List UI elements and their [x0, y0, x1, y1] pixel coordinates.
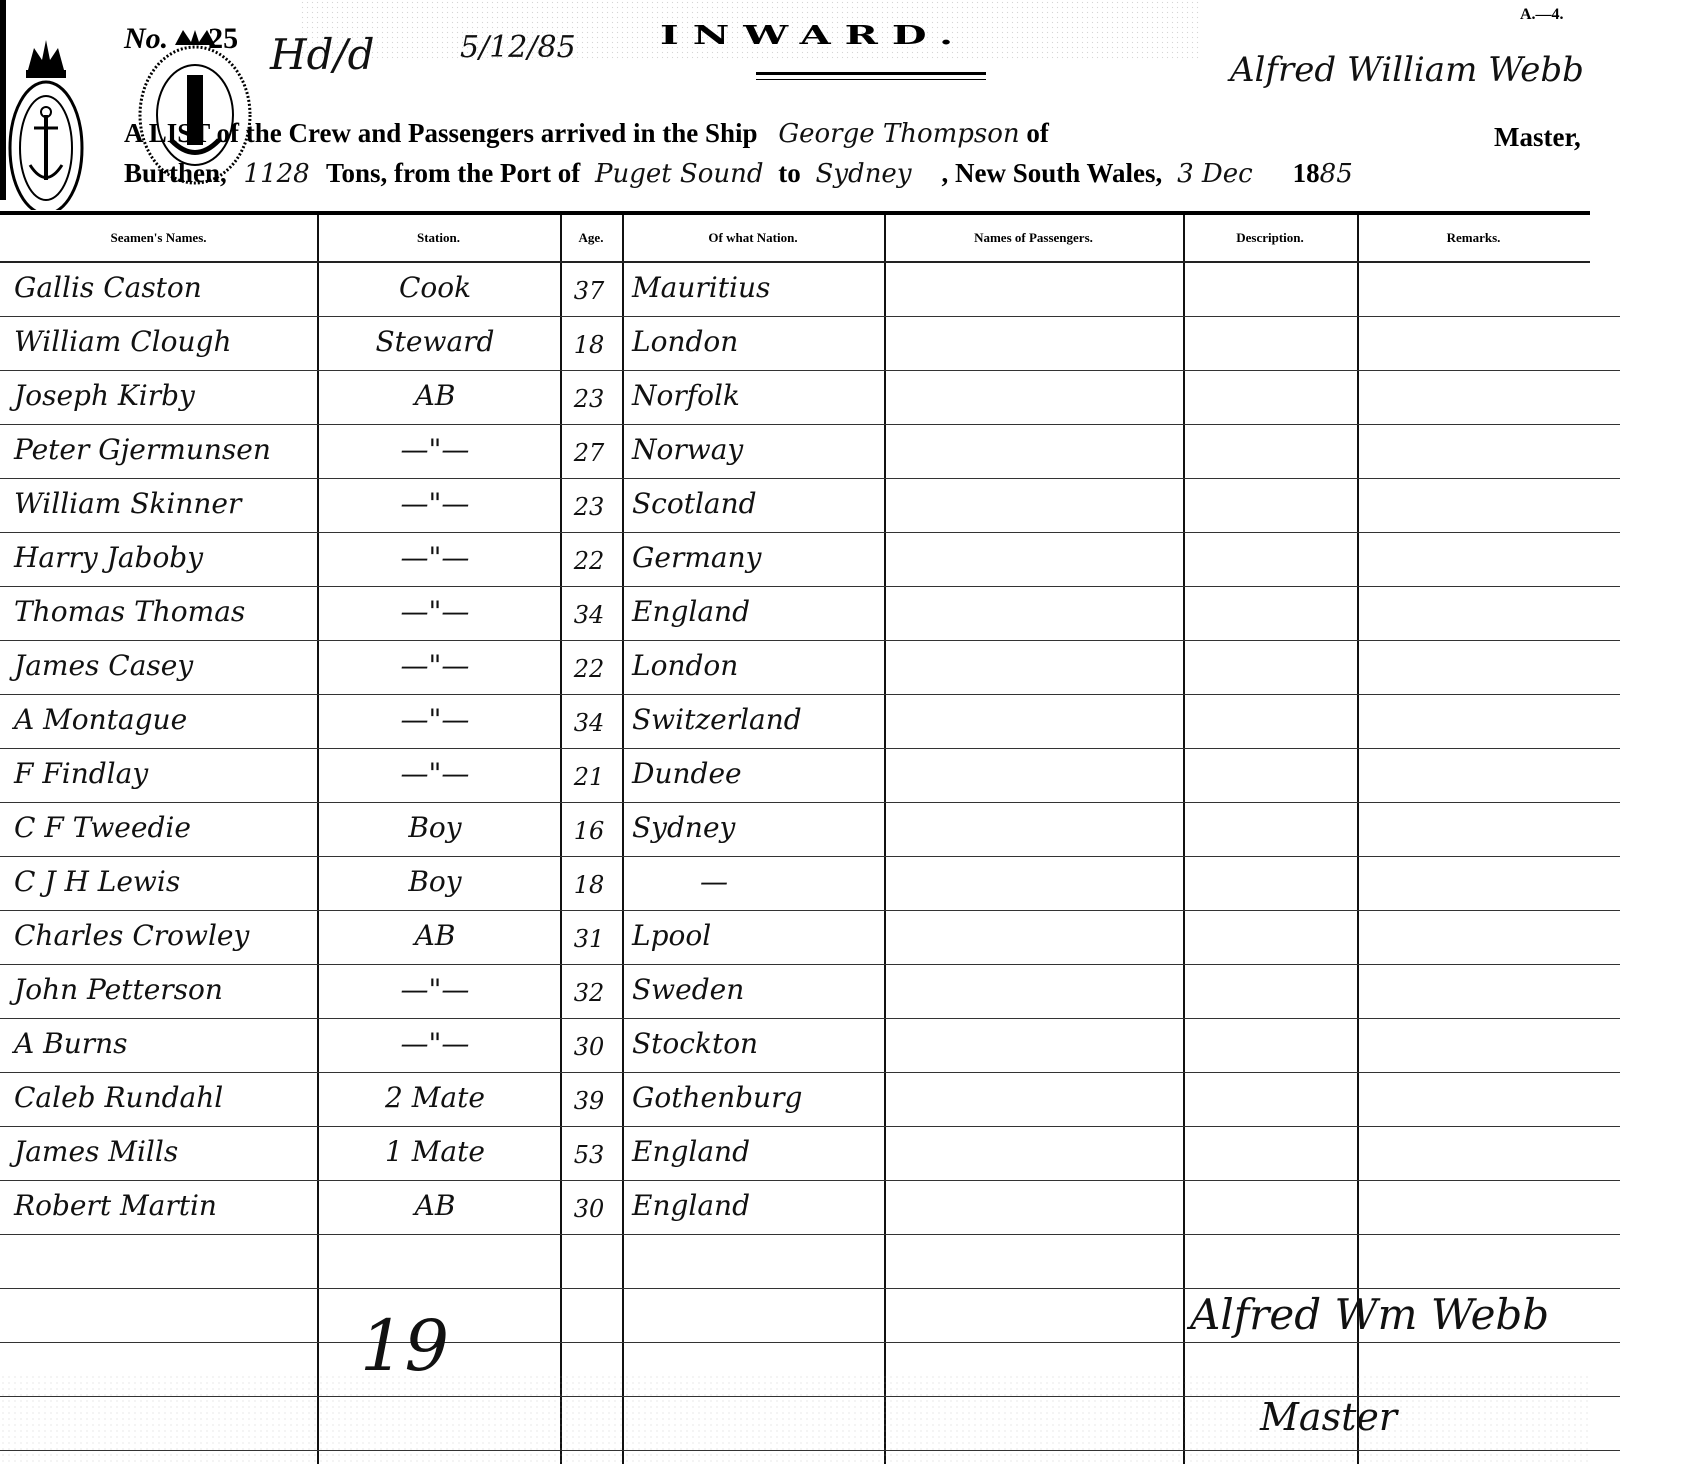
- header-line-ship: A LIST of the Crew and Passengers arrive…: [124, 118, 1049, 149]
- header-passenger-names: Names of Passengers.: [884, 215, 1183, 261]
- table-row-empty: [0, 1235, 1620, 1289]
- nsw-label: , New South Wales,: [942, 158, 1163, 188]
- age: 37: [560, 277, 618, 305]
- to-label: to: [778, 158, 801, 188]
- age: 23: [560, 493, 618, 521]
- table-row: C J H LewisBoy18—: [0, 857, 1620, 911]
- station: —"—: [320, 541, 550, 574]
- nation: Scotland: [632, 487, 757, 520]
- station: —"—: [320, 433, 550, 466]
- table-row: Peter Gjermunsen—"—27Norway: [0, 425, 1620, 479]
- station: —"—: [320, 703, 550, 736]
- table-row: A Montague—"—34Switzerland: [0, 695, 1620, 749]
- age: 21: [560, 763, 618, 791]
- age: 39: [560, 1087, 618, 1115]
- nation: Norfolk: [632, 379, 740, 412]
- station: —"—: [320, 595, 550, 628]
- seaman-name: Charles Crowley: [14, 919, 249, 952]
- station: Steward: [320, 325, 550, 358]
- station: AB: [320, 379, 550, 412]
- station: 2 Mate: [320, 1081, 550, 1114]
- station: —"—: [320, 757, 550, 790]
- seaman-name: Peter Gjermunsen: [14, 433, 271, 466]
- seaman-name: James Casey: [14, 649, 193, 682]
- nation: Sweden: [632, 973, 744, 1006]
- age: 34: [560, 601, 618, 629]
- form-number: No.25: [124, 22, 238, 56]
- seaman-name: Thomas Thomas: [14, 595, 245, 628]
- to-port: Sydney: [816, 159, 912, 189]
- master-name-handwritten: Alfred William Webb: [1230, 50, 1584, 90]
- from-port: Puget Sound: [595, 159, 764, 189]
- age: 22: [560, 547, 618, 575]
- table-row: F Findlay—"—21Dundee: [0, 749, 1620, 803]
- form-code: A.—4.: [1520, 6, 1564, 24]
- age: 16: [560, 817, 618, 845]
- nation: London: [632, 649, 738, 682]
- age: 32: [560, 979, 618, 1007]
- station: —"—: [320, 973, 550, 1006]
- station: —"—: [320, 487, 550, 520]
- of-label: of: [1026, 118, 1049, 148]
- master-label: Master,: [1494, 122, 1581, 153]
- age: 27: [560, 439, 618, 467]
- nation: England: [632, 1135, 750, 1168]
- year-prefix: 18: [1293, 158, 1320, 188]
- seaman-name: Harry Jaboby: [14, 541, 203, 574]
- header-description: Description.: [1183, 215, 1357, 261]
- seaman-name: John Petterson: [14, 973, 223, 1006]
- table-row: Harry Jaboby—"—22Germany: [0, 533, 1620, 587]
- nation: Sydney: [632, 811, 735, 844]
- nation: Norway: [632, 433, 743, 466]
- table-row: Caleb Rundahl2 Mate39Gothenburg: [0, 1073, 1620, 1127]
- station: Cook: [320, 271, 550, 304]
- seaman-name: James Mills: [14, 1135, 178, 1168]
- table-row: James Casey—"—22London: [0, 641, 1620, 695]
- seaman-name: C F Tweedie: [14, 811, 191, 844]
- age: 53: [560, 1141, 618, 1169]
- table-row: John Petterson—"—32Sweden: [0, 965, 1620, 1019]
- header-age: Age.: [560, 215, 622, 261]
- header-seamens-names: Seamen's Names.: [0, 215, 317, 261]
- seaman-name: William Clough: [14, 325, 231, 358]
- seaman-name: C J H Lewis: [14, 865, 180, 898]
- nation: London: [632, 325, 738, 358]
- crew-table: Seamen's Names. Station. Age. Of what Na…: [0, 215, 1590, 1464]
- nation: Germany: [632, 541, 761, 574]
- ship-line-text: A LIST of the Crew and Passengers arrive…: [124, 118, 758, 148]
- ship-name: George Thompson: [778, 119, 1019, 149]
- station: —"—: [320, 649, 550, 682]
- seaman-name: F Findlay: [14, 757, 148, 790]
- seaman-name: A Burns: [14, 1027, 128, 1060]
- age: 30: [560, 1195, 618, 1223]
- nation: —: [700, 865, 728, 898]
- nation: England: [632, 595, 750, 628]
- station: AB: [320, 919, 550, 952]
- nation: Switzerland: [632, 703, 802, 736]
- form-number-value: 25: [208, 22, 238, 55]
- station: 1 Mate: [320, 1135, 550, 1168]
- station: AB: [320, 1189, 550, 1222]
- seaman-name: Joseph Kirby: [14, 379, 195, 412]
- table-row: Charles CrowleyAB31Lpool: [0, 911, 1620, 965]
- nation: Lpool: [632, 919, 711, 952]
- form-number-label: No.: [124, 22, 168, 55]
- seaman-name: William Skinner: [14, 487, 241, 520]
- table-row: Gallis CastonCook37Mauritius: [0, 263, 1620, 317]
- table-row: C F TweedieBoy16Sydney: [0, 803, 1620, 857]
- signature-role: Master: [1260, 1395, 1397, 1439]
- header-remarks: Remarks.: [1357, 215, 1590, 261]
- table-row: William CloughSteward18London: [0, 317, 1620, 371]
- handwritten-reference: Hd/d: [270, 30, 375, 79]
- table-row: James Mills1 Mate53England: [0, 1127, 1620, 1181]
- seaman-name: Robert Martin: [14, 1189, 217, 1222]
- age: 30: [560, 1033, 618, 1061]
- table-row: William Skinner—"—23Scotland: [0, 479, 1620, 533]
- arrival-day: 3 Dec: [1177, 159, 1253, 189]
- handwritten-date: 5/12/85: [460, 30, 576, 65]
- title-underline: [756, 72, 986, 80]
- nation: Gothenburg: [632, 1081, 802, 1114]
- crew-list-document: No.25 Hd/d 5/12/85 INWARD. A.—4. Alfred …: [0, 0, 1696, 1464]
- nation: Stockton: [632, 1027, 758, 1060]
- age: 18: [560, 331, 618, 359]
- document-title: INWARD.: [660, 20, 967, 51]
- age: 23: [560, 385, 618, 413]
- table-row: Thomas Thomas—"—34England: [0, 587, 1620, 641]
- nation: England: [632, 1189, 750, 1222]
- burthen-label: Burthen,: [124, 158, 227, 188]
- header-line-voyage: Burthen, 1128 Tons, from the Port of Pug…: [124, 158, 1353, 189]
- station: —"—: [320, 1027, 550, 1060]
- nation: Mauritius: [632, 271, 770, 304]
- station: Boy: [320, 811, 550, 844]
- age: 34: [560, 709, 618, 737]
- station: Boy: [320, 865, 550, 898]
- table-row: A Burns—"—30Stockton: [0, 1019, 1620, 1073]
- tons-label: Tons, from the Port of: [326, 158, 580, 188]
- total-crew-count: 19: [360, 1305, 449, 1387]
- age: 22: [560, 655, 618, 683]
- age: 18: [560, 871, 618, 899]
- header-station: Station.: [317, 215, 560, 261]
- tonnage-value: 1128: [244, 159, 310, 189]
- seaman-name: A Montague: [14, 703, 187, 736]
- age: 31: [560, 925, 618, 953]
- crown-anchor-crest-icon: [6, 30, 86, 210]
- nation: Dundee: [632, 757, 742, 790]
- seaman-name: Caleb Rundahl: [14, 1081, 223, 1114]
- seaman-name: Gallis Caston: [14, 271, 202, 304]
- year-suffix: 85: [1320, 159, 1353, 189]
- master-signature: Alfred Wm Webb: [1190, 1290, 1549, 1339]
- table-row: Joseph KirbyAB23Norfolk: [0, 371, 1620, 425]
- table-row: Robert MartinAB30England: [0, 1181, 1620, 1235]
- header-nation: Of what Nation.: [622, 215, 884, 261]
